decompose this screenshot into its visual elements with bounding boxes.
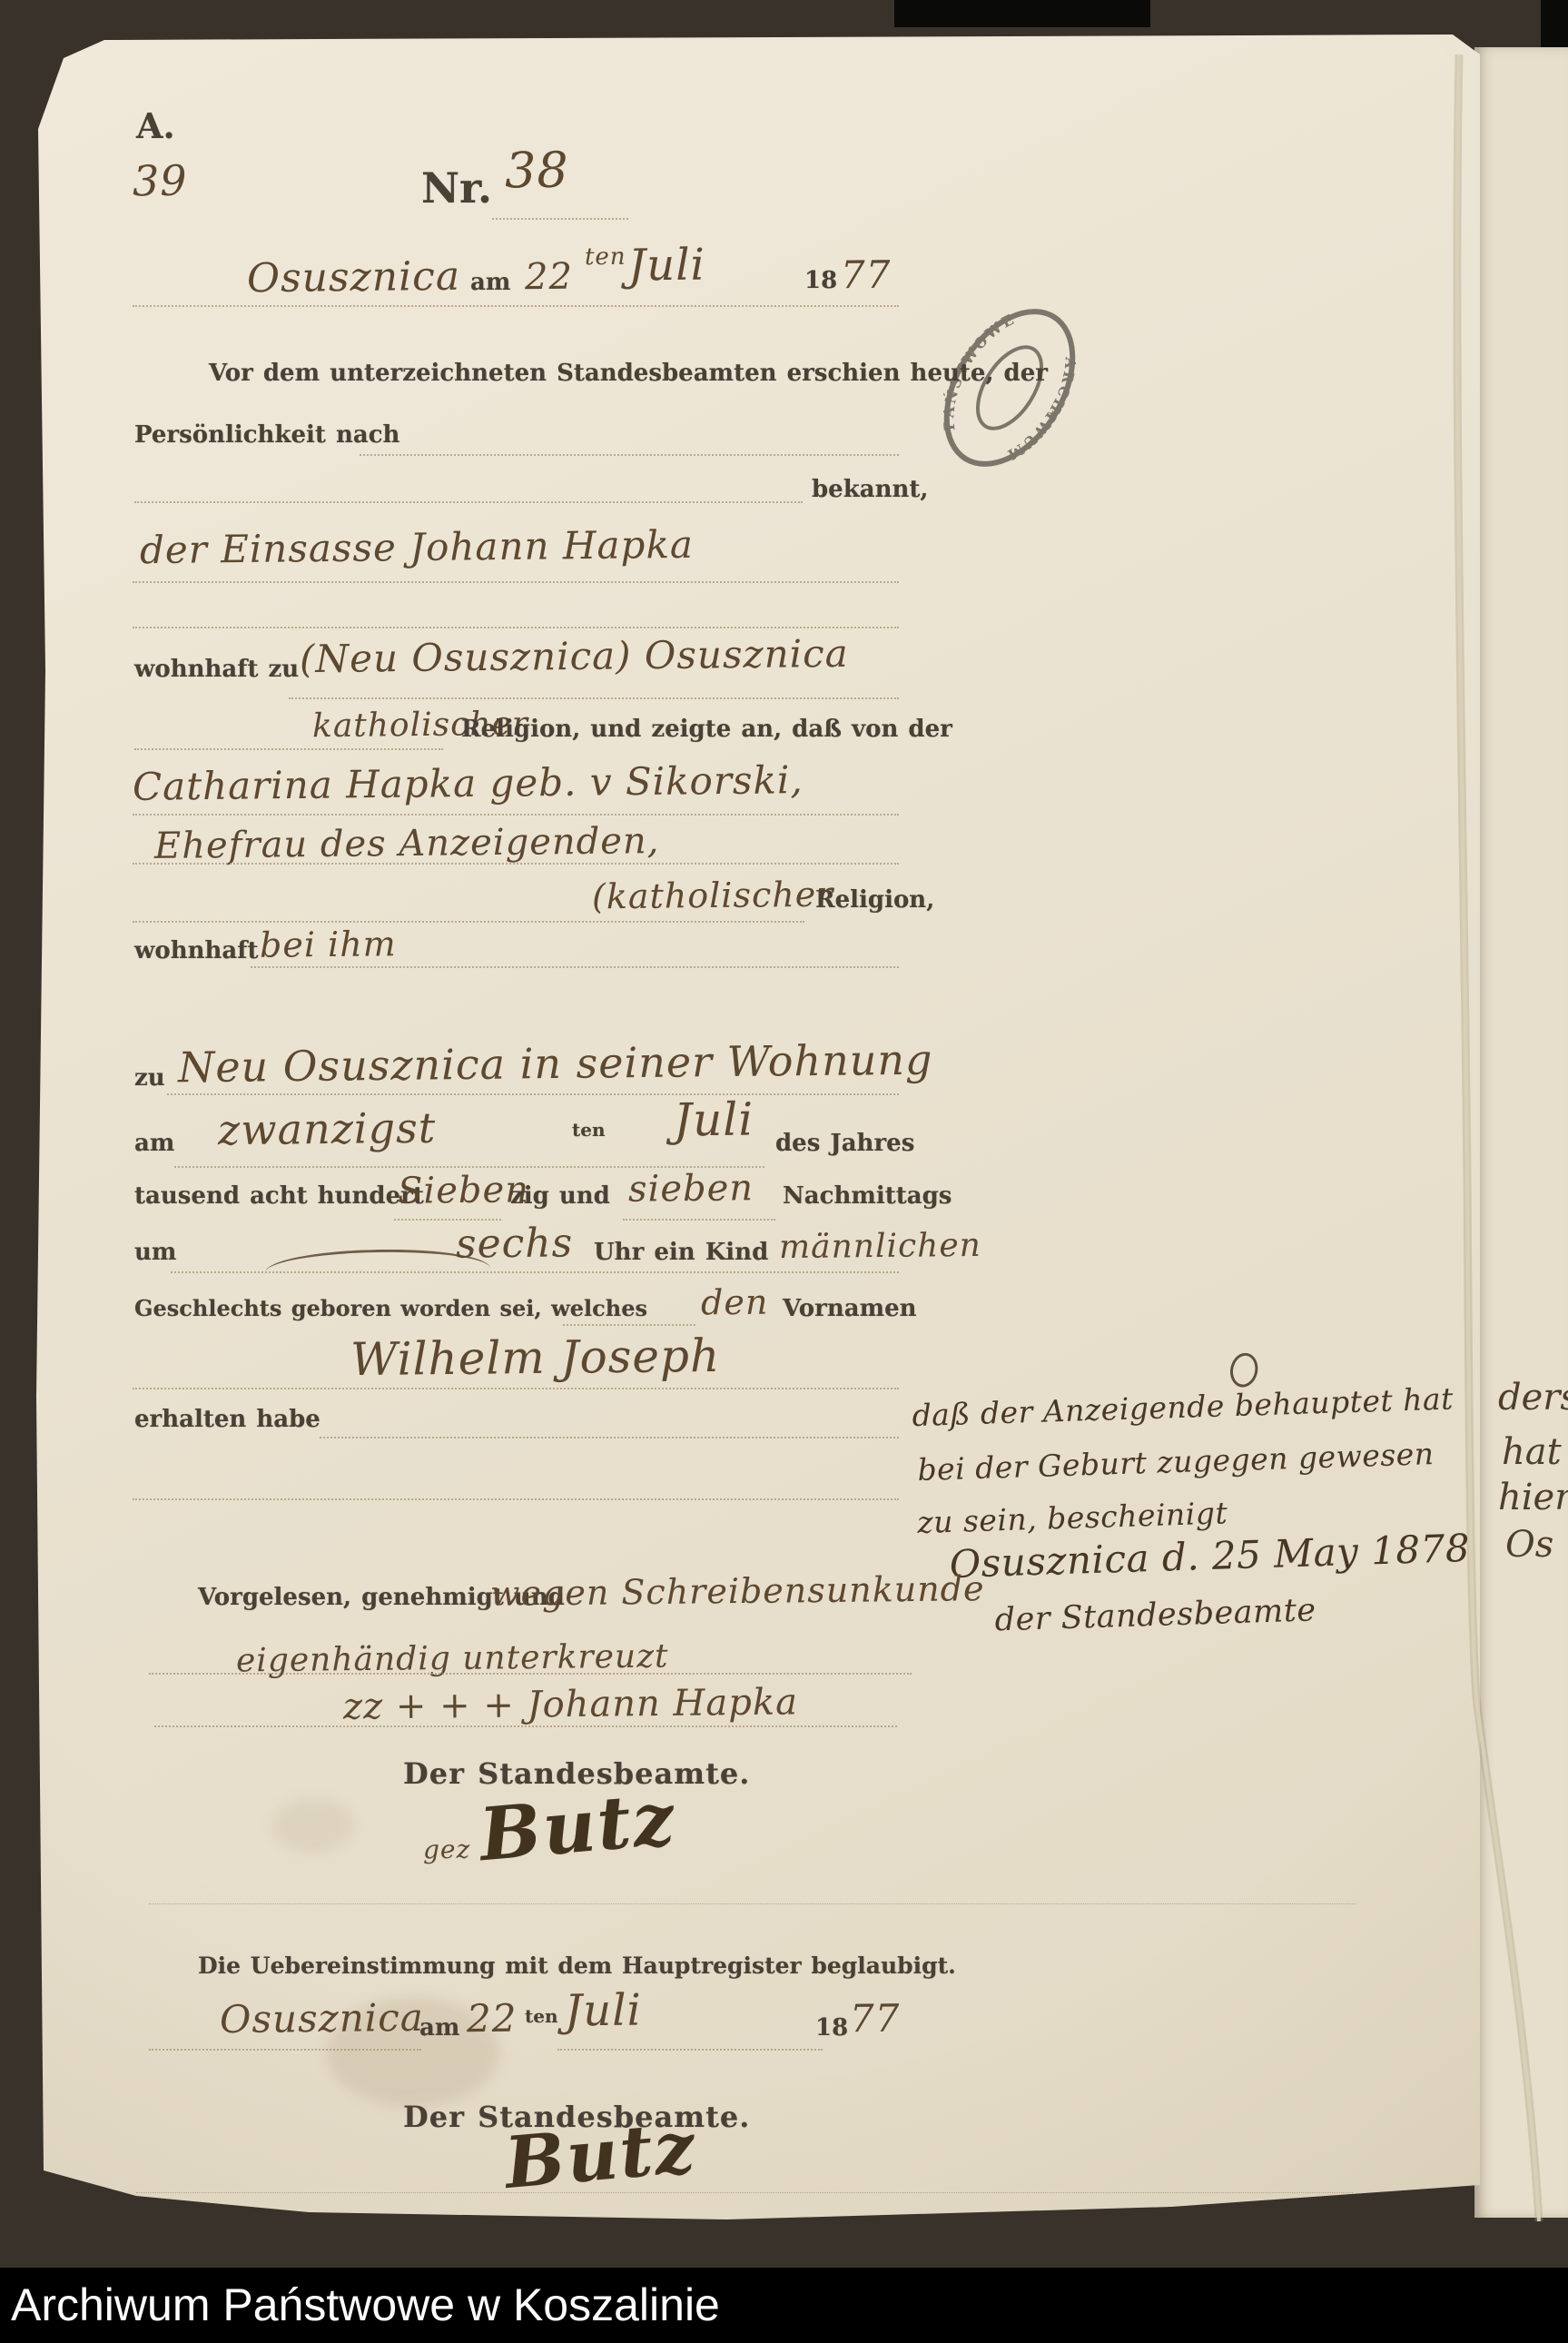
declarant-entry: der Einsasse Johann Hapka [140, 522, 694, 572]
margin-note: daß der Anzeigende behauptet hat bei der… [911, 1343, 1447, 1677]
birth-day-entry: zwanzigst [218, 1103, 437, 1155]
margin-note-line: zu sein, bescheinigt [917, 1495, 1228, 1540]
residence-entry: (Neu Osusznica) Osusznica [300, 631, 849, 681]
adjacent-page-fragment: ders [1498, 1377, 1568, 1419]
birth-year-entry: sieben [628, 1167, 754, 1210]
margin-note-line: daß der Anzeigende behauptet hat [912, 1380, 1454, 1433]
dotted-rule [133, 1498, 899, 1500]
dotted-rule [563, 1324, 695, 1326]
birth-clock-label: Uhr ein Kind [594, 1239, 768, 1266]
closing-signature-prefix: gez [423, 1834, 471, 1865]
form-letter: A. [136, 105, 175, 146]
intro-line: Vor dem unterzeichneten Standesbeamten e… [209, 360, 1048, 387]
dotted-rule [133, 305, 899, 307]
dotted-rule [289, 697, 899, 699]
closing-reason-entry: wegen Schreibensunkunde [490, 1568, 985, 1614]
dotted-rule [133, 627, 899, 628]
received-label: erhalten habe [134, 1406, 321, 1433]
record-number-value: 38 [505, 142, 569, 200]
mother-residence-entry: bei ihm [260, 924, 397, 965]
dotted-rule [149, 1903, 1356, 1904]
paper-stain [272, 1798, 354, 1853]
dateline-am-label: am [470, 269, 510, 296]
birth-decade-label: zig und [510, 1182, 610, 1210]
certification-year-written: 77 [850, 1996, 901, 2041]
dotted-rule [251, 966, 899, 968]
mother-residence-label: wohnhaft [134, 937, 258, 964]
dotted-rule [320, 1437, 899, 1438]
archive-oval-stamp: PAŃSTWOWE ARCHIWUM ✶ [910, 300, 1109, 477]
dotted-rule [171, 1271, 899, 1273]
dateline-place: Osusznica [247, 253, 461, 302]
dotted-rule [154, 1725, 897, 1727]
known-label: bekannt, [812, 476, 928, 503]
certification-signature: Butz [501, 2106, 699, 2205]
birth-year-label: des Jahres [775, 1130, 914, 1157]
mother-religion-label: Religion, [815, 886, 934, 914]
birth-firstname-label: Vornamen [783, 1295, 917, 1322]
birth-place-entry: Neu Osusznica in seiner Wohnung [178, 1035, 933, 1092]
dateline-day: 22 [525, 256, 573, 299]
certification-am-label: am [419, 2014, 459, 2041]
dotted-rule [133, 581, 899, 583]
birth-um-label: um [134, 1239, 176, 1266]
birth-day-suffix-label: ten [572, 1119, 606, 1141]
closing-marks-entry: zz + + + Johann Hapka [343, 1681, 798, 1727]
residence-label: wohnhaft zu [134, 656, 299, 683]
religion-label: Religion, und zeigte an, daß von der [461, 716, 952, 743]
mother-relation-entry: Ehefrau des Anzeigenden, [154, 820, 660, 867]
adjacent-page-fragment: Os [1505, 1524, 1553, 1566]
dotted-rule [360, 454, 899, 456]
dotted-rule [133, 921, 804, 923]
backdrop-gap-top [894, 0, 1150, 27]
certification-statement: Die Uebereinstimmung mit dem Hauptregist… [198, 1952, 956, 1979]
dotted-rule [149, 1673, 912, 1675]
birth-am-label: am [134, 1130, 174, 1157]
dateline-year-printed: 18 [804, 267, 837, 294]
archive-caption-text: Archiwum Państwowe w Koszalinie [11, 2279, 720, 2331]
dotted-rule [492, 218, 628, 220]
birth-daytime-label: Nachmittags [783, 1182, 952, 1210]
dotted-rule [149, 2049, 421, 2051]
birth-gender-label: Geschlechts geboren worden sei, welches [134, 1295, 647, 1321]
child-name-entry: Wilhelm Joseph [350, 1330, 721, 1386]
dotted-rule [133, 814, 899, 816]
certification-month: Juli [565, 1985, 642, 2037]
certification-day: 22 [467, 1996, 518, 2041]
adjacent-page-fragment: hat [1502, 1431, 1562, 1473]
dotted-rule [623, 1219, 775, 1221]
birth-gender-entry: männlichen [779, 1227, 981, 1266]
dateline-day-suffix: ten [585, 243, 626, 271]
archive-scan-scene: ders hat hier Os A. 39 Nr. 38 Osusznica … [0, 0, 1568, 2343]
closing-signature: Butz [476, 1775, 679, 1877]
adjacent-page-edge: ders hat hier Os [1474, 47, 1568, 2218]
dotted-rule [136, 2192, 1353, 2193]
dotted-rule [133, 863, 899, 865]
margin-note-officer-line: der Standesbeamte [994, 1592, 1317, 1638]
dotted-rule [557, 2049, 823, 2051]
mother-religion-entry: (katholischer [592, 875, 834, 917]
dotted-rule [134, 501, 803, 503]
margin-note-flourish [1228, 1350, 1261, 1389]
birth-zu-label: zu [134, 1064, 165, 1092]
dateline-year-written: 77 [841, 252, 892, 298]
dateline-month: Juli [628, 240, 705, 292]
birth-century-label: tausend acht hundert [134, 1182, 424, 1210]
adjacent-page-fragment: hier [1498, 1477, 1568, 1518]
record-number-label: Nr. [421, 163, 492, 213]
personality-label: Persönlichkeit nach [134, 421, 399, 449]
mother-name-entry: Catharina Hapka geb. v Sikorski, [133, 757, 804, 809]
certification-day-suffix: ten [525, 2005, 558, 2027]
birth-month-entry: Juli [674, 1093, 754, 1147]
sheet-number-handwritten: 39 [133, 156, 188, 206]
birth-hour-entry: sechs [456, 1220, 574, 1267]
dotted-rule [167, 1093, 899, 1095]
certification-year-printed: 18 [815, 2014, 848, 2041]
certification-place: Osusznica [220, 1995, 424, 2041]
archive-caption-bar: Archiwum Państwowe w Koszalinie [0, 2268, 1568, 2343]
birth-article-entry: den [701, 1282, 769, 1323]
dotted-rule [133, 1388, 899, 1389]
dotted-rule [134, 748, 443, 750]
margin-note-line: bei der Geburt zugegen gewesen [917, 1436, 1435, 1488]
